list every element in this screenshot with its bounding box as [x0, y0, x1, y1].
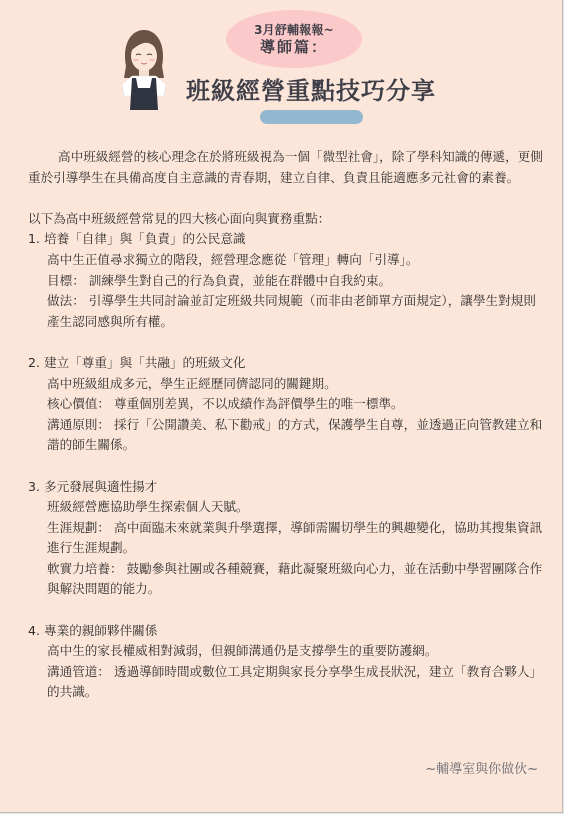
section-line: 目標： 訓練學生對自己的行為負責，並能在群體中自我約束。 [28, 271, 544, 292]
section-line: 高中生正值尋求獨立的階段，經營理念應從「管理」轉向「引導」。 [28, 250, 544, 271]
section-title: 4. 專業的親師夥伴關係 [28, 621, 544, 642]
list-heading: 以下為高中班級經營常見的四大核心面向與實務重點： [28, 209, 544, 230]
title-underline-bar [260, 110, 363, 124]
newsletter-badge: 3月舒輔報報~ 導師篇： [226, 10, 362, 68]
section-line: 軟實力培養： 鼓勵參與社團或各種競賽，藉此凝聚班級向心力，並在活動中學習團隊合作… [28, 559, 544, 600]
section-line: 高中班級組成多元，學生正經歷同儕認同的關鍵期。 [28, 374, 544, 395]
section-title: 2. 建立「尊重」與「共融」的班級文化 [28, 353, 544, 374]
section-line: 溝通原則： 採行「公開讚美、私下勸戒」的方式，保護學生自尊，並透過正向管教建立和… [28, 415, 544, 456]
section-line: 核心價值： 尊重個別差異，不以成績作為評價學生的唯一標準。 [28, 394, 544, 415]
newsletter-page: 3月舒輔報報~ 導師篇： 班級經營重點技巧分享 高中班級經營的核心理念在於將班級… [0, 0, 563, 813]
section-title: 1. 培養「自律」與「負責」的公民意識 [28, 229, 544, 250]
section-line: 生涯規劃： 高中面臨未來就業與升學選擇，導師需關切學生的興趣變化，協助其搜集資訊… [28, 518, 544, 559]
intro-paragraph: 高中班級經營的核心理念在於將班級視為一個「微型社會」，除了學科知識的傳遞，更側重… [28, 147, 544, 188]
teacher-avatar-icon [114, 26, 174, 110]
spacer [28, 332, 544, 353]
section-1: 1. 培養「自律」與「負責」的公民意識 高中生正值尋求獨立的階段，經營理念應從「… [28, 229, 544, 332]
spacer [28, 188, 544, 209]
section-line: 高中生的家長權威相對減弱，但親師溝通仍是支撐學生的重要防護網。 [28, 641, 544, 662]
section-2: 2. 建立「尊重」與「共融」的班級文化 高中班級組成多元，學生正經歷同儕認同的關… [28, 353, 544, 456]
section-4: 4. 專業的親師夥伴關係 高中生的家長權威相對減弱，但親師溝通仍是支撐學生的重要… [28, 621, 544, 703]
signature: ~輔導室與你做伙~ [425, 758, 538, 777]
badge-line-issue: 3月舒輔報報~ [254, 22, 334, 38]
section-title: 3. 多元發展與適性揚才 [28, 477, 544, 498]
section-line: 做法： 引導學生共同討論並訂定班級共同規範（而非由老師單方面規定），讓學生對規則… [28, 291, 544, 332]
spacer [28, 456, 544, 477]
badge-line-audience: 導師篇： [260, 38, 328, 57]
article-body: 高中班級經營的核心理念在於將班級視為一個「微型社會」，除了學科知識的傳遞，更側重… [28, 147, 544, 703]
section-line: 班級經營應協助學生探索個人天賦。 [28, 497, 544, 518]
section-line: 溝通管道： 透過導師時間或數位工具定期與家長分享學生成長狀況，建立「教育合夥人」… [28, 662, 544, 703]
spacer [28, 600, 544, 621]
page-title: 班級經營重點技巧分享 [186, 76, 436, 106]
section-3: 3. 多元發展與適性揚才 班級經營應協助學生探索個人天賦。 生涯規劃： 高中面臨… [28, 477, 544, 601]
